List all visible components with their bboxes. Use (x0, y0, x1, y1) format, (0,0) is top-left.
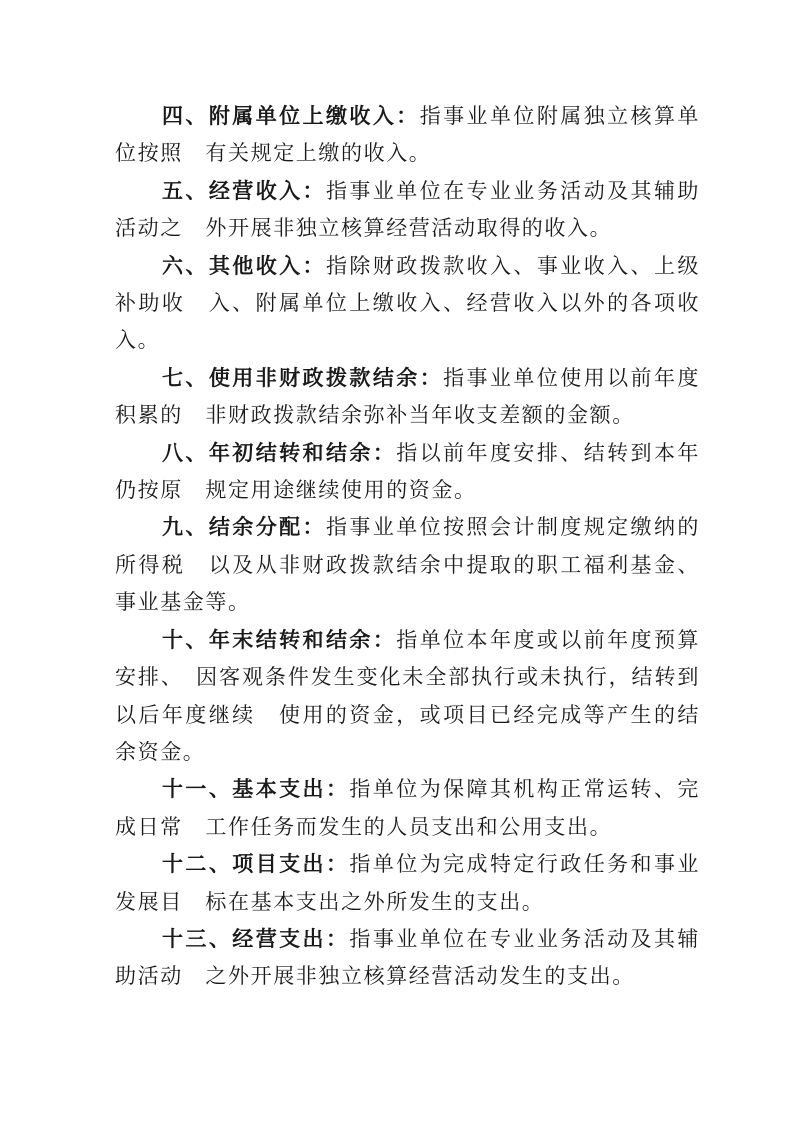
term-heading: 七、使用非财政拨款结余： (162, 366, 443, 390)
definition-paragraph-11: 十一、基本支出：指单位为保障其机构正常运转、完成日常 工作任务而发生的人员支出和… (115, 771, 700, 846)
term-heading: 八、年初结转和结余： (162, 441, 396, 465)
definition-paragraph-8: 八、年初结转和结余：指以前年度安排、结转到本年仍按原 规定用途继续使用的资金。 (115, 435, 700, 510)
term-heading: 九、结余分配： (162, 515, 326, 539)
definition-paragraph-9: 九、结余分配：指事业单位按照会计制度规定缴纳的所得税 以及从非财政拨款结余中提取… (115, 509, 700, 621)
term-heading: 四、附属单位上缴收入： (162, 104, 420, 128)
definition-paragraph-10: 十、年末结转和结余：指单位本年度或以前年度预算安排、 因客观条件发生变化未全部执… (115, 622, 700, 772)
definition-paragraph-6: 六、其他收入：指除财政拨款收入、事业收入、上级补助收 入、附属单位上缴收入、经营… (115, 248, 700, 360)
definition-paragraph-12: 十二、项目支出：指单位为完成特定行政任务和事业发展目 标在基本支出之外所发生的支… (115, 846, 700, 921)
definition-paragraph-13: 十三、经营支出：指事业单位在专业业务活动及其辅助活动 之外开展非独立核算经营活动… (115, 921, 700, 996)
term-heading: 五、经营收入： (162, 179, 326, 203)
definition-paragraph-5: 五、经营收入：指事业单位在专业业务活动及其辅助活动之 外开展非独立核算经营活动取… (115, 173, 700, 248)
term-heading: 十二、项目支出： (162, 852, 349, 876)
term-heading: 六、其他收入： (162, 254, 326, 278)
document-body: 四、附属单位上缴收入：指事业单位附属独立核算单位按照 有关规定上缴的收入。 五、… (115, 98, 700, 996)
term-heading: 十、年末结转和结余： (162, 628, 396, 652)
term-heading: 十三、经营支出： (162, 927, 349, 951)
document-page: 四、附属单位上缴收入：指事业单位附属独立核算单位按照 有关规定上缴的收入。 五、… (0, 0, 793, 1122)
term-heading: 十一、基本支出： (162, 777, 349, 801)
definition-paragraph-4: 四、附属单位上缴收入：指事业单位附属独立核算单位按照 有关规定上缴的收入。 (115, 98, 700, 173)
definition-paragraph-7: 七、使用非财政拨款结余：指事业单位使用以前年度积累的 非财政拨款结余弥补当年收支… (115, 360, 700, 435)
